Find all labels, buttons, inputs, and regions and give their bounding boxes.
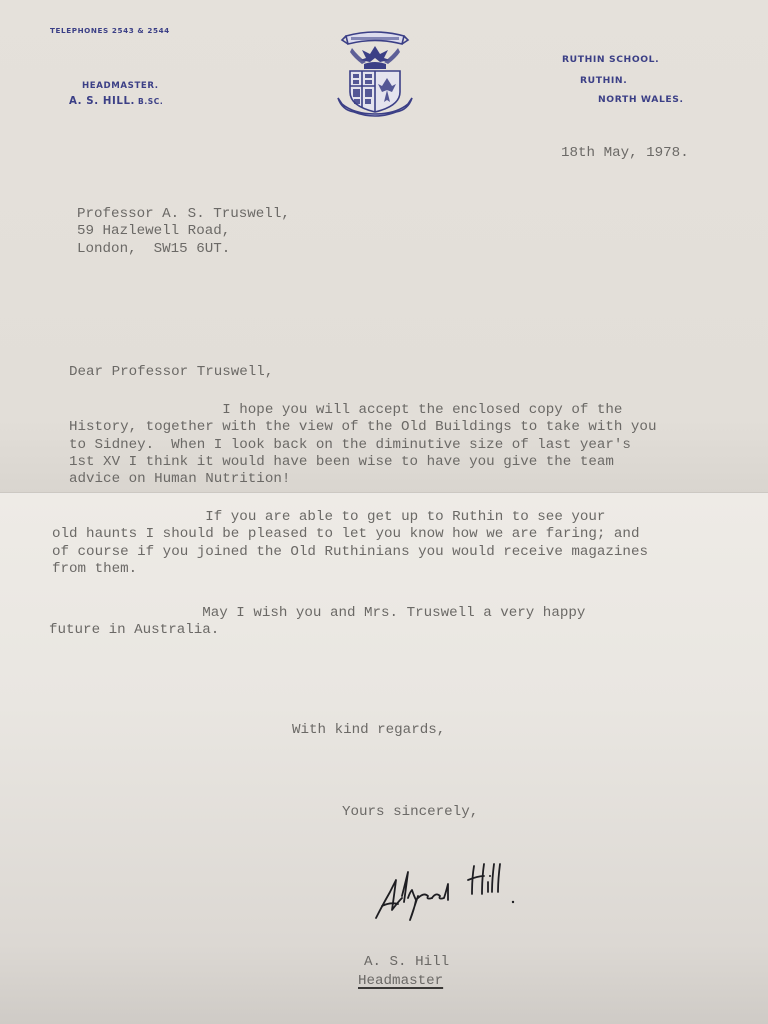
paragraph-line: to Sidney. When I look back on the dimin… [69,437,656,454]
signoff-line: Yours sincerely, [342,804,478,821]
paragraph-line: of course if you joined the Old Ruthinia… [52,544,648,561]
letterhead-town: RUTHIN. [580,75,627,86]
signer-name: A. S. Hill [364,954,449,971]
school-crest-icon [332,28,418,120]
recipient-line: Professor A. S. Truswell, [77,206,290,223]
letterhead-school-name: RUTHIN SCHOOL. [562,54,659,65]
paragraph-line: old haunts I should be pleased to let yo… [52,526,648,543]
recipient-line: London, SW15 6UT. [77,241,290,258]
paragraph-line: If you are able to get up to Ruthin to s… [52,509,648,526]
body-paragraph-3: May I wish you and Mrs. Truswell a very … [49,605,585,640]
paragraph-line: History, together with the view of the O… [69,419,656,436]
paragraph-line: from them. [52,561,648,578]
letterhead-headmaster-name: A. S. HILL.B.SC. [69,96,163,107]
salutation: Dear Professor Truswell, [69,364,273,381]
closing-line: With kind regards, [292,722,445,739]
recipient-line: 59 Hazlewell Road, [77,223,290,240]
letterhead-telephones: TELEPHONES 2543 & 2544 [50,26,170,35]
paper-fold-crease [0,492,768,494]
letter-date: 18th May, 1978. [561,145,689,162]
paragraph-line: future in Australia. [49,622,585,639]
body-paragraph-1: I hope you will accept the enclosed copy… [69,402,656,488]
paragraph-line: I hope you will accept the enclosed copy… [69,402,656,419]
body-paragraph-2: If you are able to get up to Ruthin to s… [52,509,648,578]
paragraph-line: 1st XV I think it would have been wise t… [69,454,656,471]
paragraph-line: May I wish you and Mrs. Truswell a very … [49,605,585,622]
letterhead-headmaster-title: HEADMASTER. [82,81,159,91]
paragraph-line: advice on Human Nutrition! [69,471,656,488]
signer-title: Headmaster [358,973,443,990]
letterhead-region: NORTH WALES. [598,94,684,105]
handwritten-signature-icon [368,862,518,932]
headmaster-degree: B.SC. [138,97,163,106]
headmaster-name-text: A. S. HILL. [69,96,135,107]
recipient-address: Professor A. S. Truswell,59 Hazlewell Ro… [77,206,290,258]
